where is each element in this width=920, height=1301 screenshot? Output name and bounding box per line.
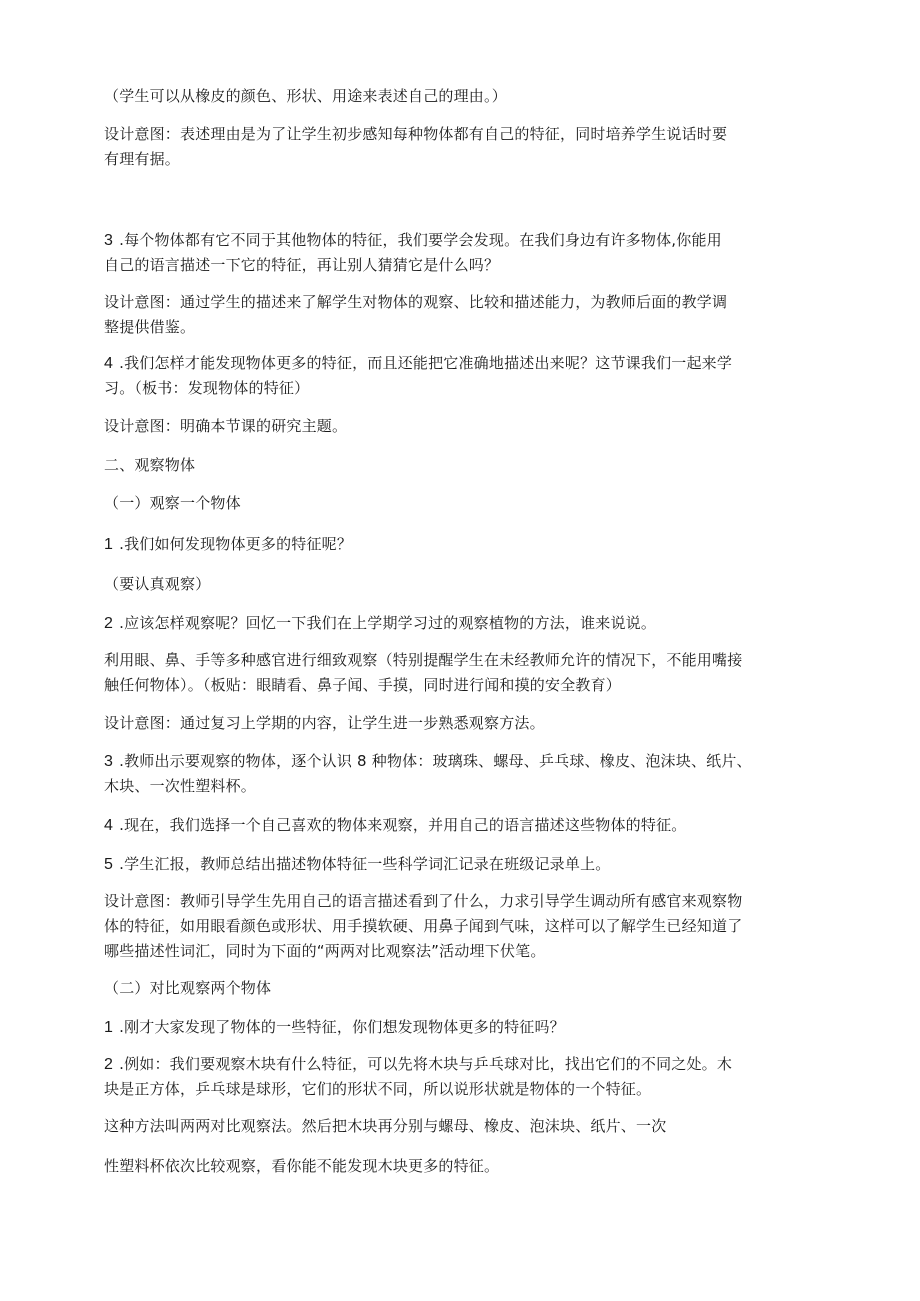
paragraph-0: （学生可以从橡皮的颜色、形状、用途来表述自己的理由。）	[104, 84, 830, 109]
text-line: .每个物体都有它不同于其他物体的特征，我们要学会发现。在我们身边有许多物体,你能…	[119, 231, 722, 249]
text-line: 触任何物体）。（板贴：眼睛看、鼻子闻、手摸，同时进行闻和摸的安全教育）	[104, 673, 830, 698]
text-line: 设计意图：通过复习上学期的内容，让学生进一步熟悉观察方法。	[104, 711, 830, 736]
text-line: （学生可以从橡皮的颜色、形状、用途来表述自己的理由。）	[104, 84, 830, 109]
item-number: 4	[104, 355, 113, 372]
text-line: 设计意图：表述理由是为了让学生初步感知每种物体都有自己的特征，同时培养学生说话时…	[104, 122, 830, 147]
text-line: 木块、一次性塑料杯。	[104, 774, 830, 799]
item-number: 2	[104, 615, 113, 632]
item-number: 3	[104, 753, 113, 770]
text-line: 设计意图：通过学生的描述来了解学生对物体的观察、比较和描述能力，为教师后面的教学…	[104, 290, 830, 315]
paragraph-item-2: 2.应该怎样观察呢？回忆一下我们在上学期学习过的观察植物的方法，谁来说说。	[104, 611, 830, 636]
text-line: 性塑料杯依次比较观察，看你能不能发现木块更多的特征。	[104, 1154, 830, 1179]
paragraph-item-5: 5.学生汇报，教师总结出描述物体特征一些科学词汇记录在班级记录单上。	[104, 852, 830, 877]
text-line: .应该怎样观察呢？回忆一下我们在上学期学习过的观察植物的方法，谁来说说。	[119, 614, 656, 632]
heading-text: （一）观察一个物体	[104, 491, 830, 516]
item-number: 4	[104, 817, 113, 834]
paragraph-item-1b: 1.刚才大家发现了物体的一些特征，你们想发现物体更多的特征吗？	[104, 1015, 830, 1040]
paragraph-design-intent-1: 设计意图：表述理由是为了让学生初步感知每种物体都有自己的特征，同时培养学生说话时…	[104, 122, 830, 172]
text-line: 块是正方体，乒乓球是球形，它们的形状不同，所以说形状就是物体的一个特征。	[104, 1077, 830, 1102]
paragraph-design-intent-2: 设计意图：通过学生的描述来了解学生对物体的观察、比较和描述能力，为教师后面的教学…	[104, 290, 830, 340]
subsection-heading-1: （一）观察一个物体	[104, 491, 830, 516]
paragraph-item-1: 1.我们如何发现物体更多的特征呢？	[104, 532, 830, 557]
text-line: 设计意图：教师引导学生先用自己的语言描述看到了什么，力求引导学生调动所有感官来观…	[104, 889, 830, 914]
paragraph-item-3: 3.每个物体都有它不同于其他物体的特征，我们要学会发现。在我们身边有许多物体,你…	[104, 228, 830, 278]
text-line: .我们如何发现物体更多的特征呢？	[119, 535, 352, 553]
paragraph-design-intent-4: 设计意图：通过复习上学期的内容，让学生进一步熟悉观察方法。	[104, 711, 830, 736]
paragraph-item-4b: 4.现在，我们选择一个自己喜欢的物体来观察，并用自己的语言描述这些物体的特征。	[104, 813, 830, 838]
section-heading-observe: 二、观察物体	[104, 453, 830, 478]
text-line: .刚才大家发现了物体的一些特征，你们想发现物体更多的特征吗？	[119, 1018, 565, 1036]
heading-text: 二、观察物体	[104, 453, 830, 478]
text-line: .例如：我们要观察木块有什么特征，可以先将木块与乒乓球对比，找出它们的不同之处。…	[119, 1055, 732, 1073]
paragraph-item-3b: 3.教师出示要观察的物体，逐个认识 8 种物体：玻璃珠、螺母、乒乓球、橡皮、泡沫…	[104, 749, 830, 799]
paragraph-design-intent-5: 设计意图：教师引导学生先用自己的语言描述看到了什么，力求引导学生调动所有感官来观…	[104, 889, 830, 964]
paragraph-item-4: 4.我们怎样才能发现物体更多的特征，而且还能把它准确地描述出来呢？这节课我们一起…	[104, 351, 830, 401]
paragraph-item-2b: 2.例如：我们要观察木块有什么特征，可以先将木块与乒乓球对比，找出它们的不同之处…	[104, 1052, 830, 1102]
paragraph-design-intent-3: 设计意图：明确本节课的研究主题。	[104, 414, 830, 439]
paragraph-note: （要认真观察）	[104, 572, 830, 597]
text-line: .我们怎样才能发现物体更多的特征，而且还能把它准确地描述出来呢？这节课我们一起来…	[119, 354, 732, 372]
paragraph-senses: 利用眼、鼻、手等多种感官进行细致观察（特别提醒学生在未经教师允许的情况下，不能用…	[104, 648, 830, 698]
item-number: 1	[104, 536, 113, 553]
item-number: 1	[104, 1019, 113, 1036]
text-line: 习。（板书：发现物体的特征）	[104, 376, 830, 401]
text-line: 自己的语言描述一下它的特征，再让别人猜猜它是什么吗？	[104, 253, 830, 278]
text-line: 这种方法叫两两对比观察法。然后把木块再分别与螺母、橡皮、泡沫块、纸片、一次	[104, 1114, 830, 1139]
paragraph-method-cont: 性塑料杯依次比较观察，看你能不能发现木块更多的特征。	[104, 1154, 830, 1179]
text-line: .学生汇报，教师总结出描述物体特征一些科学词汇记录在班级记录单上。	[119, 855, 610, 873]
text-line: .教师出示要观察的物体，逐个认识 8 种物体：玻璃珠、螺母、乒乓球、橡皮、泡沫块…	[119, 752, 752, 770]
heading-text: （二）对比观察两个物体	[104, 976, 830, 1001]
item-number: 2	[104, 1056, 113, 1073]
text-line: 有理有据。	[104, 147, 830, 172]
item-number: 5	[104, 856, 113, 873]
text-line: 哪些描述性词汇，同时为下面的“两两对比观察法”活动埋下伏笔。	[104, 939, 830, 964]
text-line: （要认真观察）	[104, 572, 830, 597]
text-line: 利用眼、鼻、手等多种感官进行细致观察（特别提醒学生在未经教师允许的情况下，不能用…	[104, 648, 830, 673]
text-line: .现在，我们选择一个自己喜欢的物体来观察，并用自己的语言描述这些物体的特征。	[119, 816, 686, 834]
paragraph-method: 这种方法叫两两对比观察法。然后把木块再分别与螺母、橡皮、泡沫块、纸片、一次	[104, 1114, 830, 1139]
item-number: 3	[104, 232, 113, 249]
subsection-heading-2: （二）对比观察两个物体	[104, 976, 830, 1001]
text-line: 设计意图：明确本节课的研究主题。	[104, 414, 830, 439]
text-line: 整提供借鉴。	[104, 315, 830, 340]
text-line: 体的特征，如用眼看颜色或形状、用手摸软硬、用鼻子闻到气味，这样可以了解学生已经知…	[104, 914, 830, 939]
